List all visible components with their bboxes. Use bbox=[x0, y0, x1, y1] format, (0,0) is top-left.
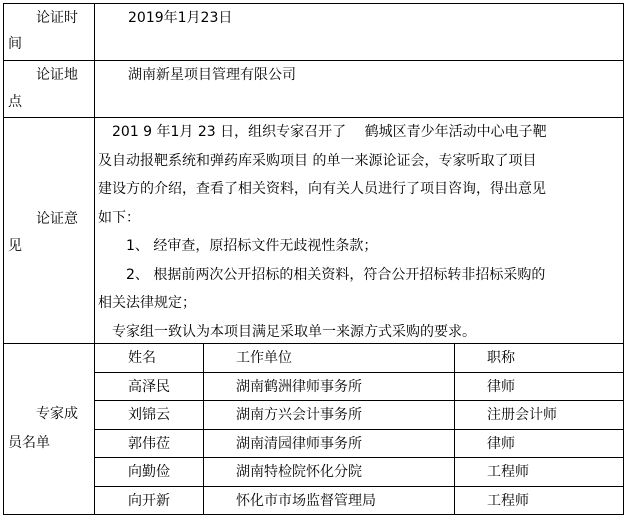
expert-title: 律师 bbox=[487, 430, 515, 458]
expert-unit: 湖南特检院怀化分院 bbox=[236, 458, 362, 486]
location-label-cont: 点 bbox=[8, 88, 22, 116]
expert-name: 高泽民 bbox=[128, 373, 170, 401]
experts-label: 专家成 bbox=[36, 400, 78, 428]
row-divider bbox=[3, 60, 624, 61]
label-column-divider bbox=[94, 3, 95, 515]
expert-unit: 湖南清园律师事务所 bbox=[236, 430, 362, 458]
header-name: 姓名 bbox=[128, 344, 156, 372]
opinion-line: 相关法律规定； bbox=[98, 289, 622, 318]
opinion-label: 论证意 bbox=[36, 205, 78, 233]
expert-name: 刘锦云 bbox=[128, 401, 170, 429]
date-label-cont: 间 bbox=[8, 30, 22, 58]
expert-title: 律师 bbox=[487, 373, 515, 401]
header-title: 职称 bbox=[487, 344, 515, 372]
location-value: 湖南新星项目管理有限公司 bbox=[128, 61, 296, 89]
date-label: 论证时 bbox=[36, 4, 78, 32]
expert-name: 向开新 bbox=[128, 487, 170, 515]
expert-unit: 湖南方兴会计事务所 bbox=[236, 401, 362, 429]
opinion-finding-2: 2、 根据前两次公开招标的相关资料，符合公开招标转非招标采购的 bbox=[98, 261, 622, 290]
opinion-line: 如下： bbox=[98, 204, 622, 233]
expert-title: 注册会计师 bbox=[487, 401, 557, 429]
opinion-label-cont: 见 bbox=[8, 232, 22, 260]
expert-title: 工程师 bbox=[487, 458, 529, 486]
expert-unit: 湖南鹤洲律师事务所 bbox=[236, 373, 362, 401]
expert-name: 向勤俭 bbox=[128, 458, 170, 486]
location-label: 论证地 bbox=[36, 61, 78, 89]
opinion-line: 201 9 年1月 23 日，组织专家召开了 鹤城区青少年活动中心电子靶 bbox=[98, 118, 622, 147]
opinion-line: 及自动报靶系统和弹药库采购项目 的单一来源论证会，专家听取了项目 bbox=[98, 147, 622, 176]
opinion-conclusion: 专家组一致认为本项目满足采取单一来源方式采购的要求。 bbox=[98, 318, 622, 347]
expert-title: 工程师 bbox=[487, 487, 529, 515]
expert-unit: 怀化市市场监督管理局 bbox=[236, 487, 376, 515]
opinion-finding-1: 1、 经审查，原招标文件无歧视性条款； bbox=[98, 232, 622, 261]
expert-name: 郭伟莅 bbox=[128, 430, 170, 458]
experts-label-cont: 员名单 bbox=[8, 429, 50, 457]
opinion-line: 建设方的介绍，查看了相关资料，向有关人员进行了项目咨询，得出意见 bbox=[98, 175, 622, 204]
opinion-text: 201 9 年1月 23 日，组织专家召开了 鹤城区青少年活动中心电子靶 及自动… bbox=[98, 118, 622, 346]
header-unit: 工作单位 bbox=[236, 344, 292, 372]
date-value: 2019年1月23日 bbox=[128, 4, 232, 32]
